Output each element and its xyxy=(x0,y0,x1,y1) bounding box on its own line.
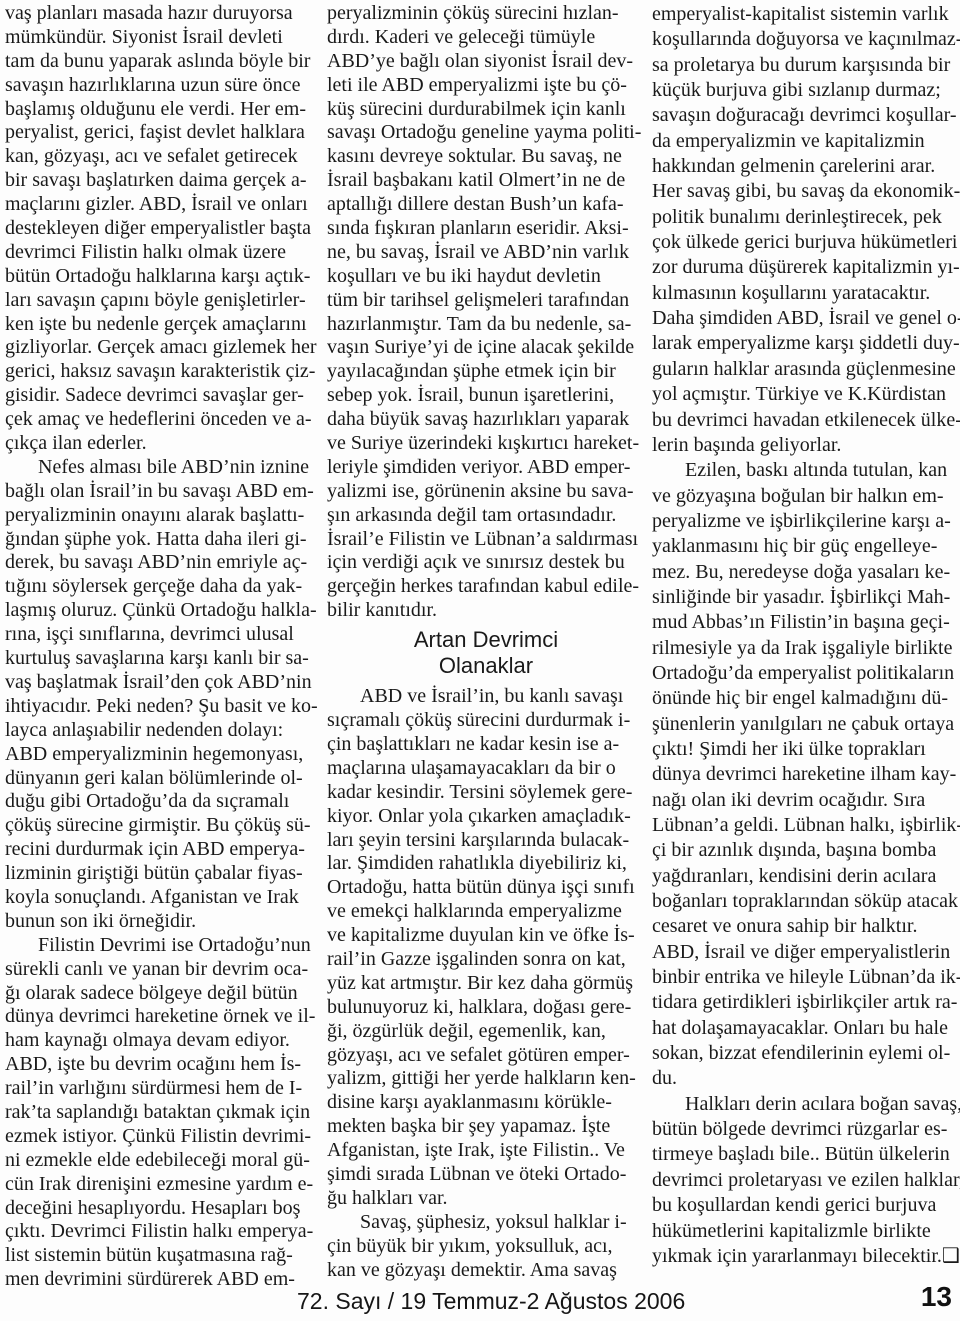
text-line: emperyalist-kapitalist sistemin varlık xyxy=(652,2,958,27)
text-line: devrimci proletaryası ve ezilen halklar, xyxy=(652,1168,958,1193)
text-line: Nefes alması bile ABD’nin iznine xyxy=(5,456,317,480)
text-line: ve Suriye üzerindeki kışkırtıcı hareket- xyxy=(327,432,645,456)
text-line: hat dolaşamayacaklar. Onları bu hale xyxy=(652,1016,958,1041)
text-line: sokan, bizzat efendilerinin eylemi ol- xyxy=(652,1041,958,1066)
text-line: mez. Bu, neredeyse doğa yasaları ke- xyxy=(652,560,958,585)
text-line: mümkündür. Siyonist İsrail devleti xyxy=(5,26,317,50)
text-line: ve kapitalizme duyulan kin ve öfke İs- xyxy=(327,924,645,948)
text-line: küçük burjuva gibi sızlanıp durmaz; xyxy=(652,78,958,103)
text-line: tüm bir tarihsel gelişmeleri tarafından xyxy=(327,289,645,313)
text-line: yaklanmasını hiç bir güç engelleye- xyxy=(652,534,958,559)
text-line: destekleyen diğer emperyalistler başta xyxy=(5,217,317,241)
text-line: bulunuyoruz ki, halklara, doğası gere- xyxy=(327,996,645,1020)
text-line: İsrail başbakanı katil Olmert’in ne de xyxy=(327,169,645,193)
text-line: vaşın Suriye’yi de içine alacak şekilde xyxy=(327,336,645,360)
text-line: rail’in varlığını sürdürmesi hem de I- xyxy=(5,1077,317,1101)
text-line: lerin başında geliyorlar. xyxy=(652,433,958,458)
text-line: zor duruma düşürerek kapitalizmin yı- xyxy=(652,255,958,280)
text-line: ği, özgürlük değil, egemenlik, kan, xyxy=(327,1020,645,1044)
text-line: kadar kesindir. Tersini söylemek gere- xyxy=(327,781,645,805)
text-line: şimdi sırada Lübnan ve öteki Ortado- xyxy=(327,1163,645,1187)
issue-date-line: 72. Sayı / 19 Temmuz-2 Ağustos 2006 xyxy=(297,1288,685,1314)
text-line: şın arkasında değil tam ortasındadır. xyxy=(327,504,645,528)
text-line: dünya devrimci hareketine ilham kay- xyxy=(652,762,958,787)
text-line: çi bir azınlık dışında, başına bomba xyxy=(652,838,958,863)
text-line: ğından şüphe yok. Hatta daha ileri gi- xyxy=(5,528,317,552)
text-line: çek amaç ve hedeflerini önceden ve a- xyxy=(5,408,317,432)
text-line: maçlarını gizler. ABD, İsrail ve onları xyxy=(5,193,317,217)
text-line: devrimci Filistin halkı olmak üzere xyxy=(5,241,317,265)
text-line: bağlı olan İsrail’in bu savaşı ABD em- xyxy=(5,480,317,504)
text-line: bir savaşı başlatırken daima gerçek a- xyxy=(5,169,317,193)
text-line: sürekli canlı ve yanan bir devrim oca- xyxy=(5,958,317,982)
text-line: duğu gibi Ortadoğu’da da sıçramalı xyxy=(5,790,317,814)
text-line: çıktı. Devrimci Filistin halkı emperya- xyxy=(5,1220,317,1244)
text-line: mekten başka bir şey yapamaz. İşte xyxy=(327,1115,645,1139)
text-line: çıkça ilan ederler. xyxy=(5,432,317,456)
text-line: recini durdurmak için ABD emperya- xyxy=(5,838,317,862)
text-line: leti ile ABD emperyalizmi işte bu çö- xyxy=(327,74,645,98)
text-line: ları savaşın çapını böyle genişletirler- xyxy=(5,289,317,313)
text-line: bilir kanıtıdır. xyxy=(327,599,645,623)
text-line: savaşın doğuracağı devrimci koşullar- xyxy=(652,103,958,128)
text-line: sıçramalı çöküş sürecini durdurmak i- xyxy=(327,709,645,733)
text-line: disine karşı ayaklanmasını körükle- xyxy=(327,1091,645,1115)
text-column-right: emperyalist-kapitalist sistemin varlıkko… xyxy=(652,2,958,1269)
text-line: Lübnan’a geldi. Lübnan halkı, işbirlik- xyxy=(652,813,958,838)
text-line: ne, bu savaş, İsrail ve ABD’nin varlık xyxy=(327,241,645,265)
text-line: kiyor. Onlar yola çıkarken amaçladık- xyxy=(327,805,645,829)
text-line: hakkından gelmenin çarelerini arar. xyxy=(652,154,958,179)
text-line: du. xyxy=(652,1066,958,1091)
text-line: Ezilen, baskı altında tutulan, kan xyxy=(652,458,958,483)
text-column-middle: peryalizminin çöküş sürecini hızlan-dırd… xyxy=(327,2,645,1282)
text-line: ABD emperyalizminin hegemonyası, xyxy=(5,743,317,767)
text-line: dünya devrimci hareketine örnek ve il- xyxy=(5,1005,317,1029)
text-line: yalizm, gittiği her yerde halkların ken- xyxy=(327,1067,645,1091)
text-line: çöküş sürecine girmiştir. Bu çöküş sü- xyxy=(5,814,317,838)
text-column-left: vaş planları masada hazır duruyorsamümkü… xyxy=(5,2,317,1292)
text-line: yüz kat artmıştır. Bir kez daha görmüş xyxy=(327,972,645,996)
article-heading-line: Artan Devrimci xyxy=(327,627,645,653)
text-line: kasını devreye soktular. Bu savaş, ne xyxy=(327,145,645,169)
newspaper-page: vaş planları masada hazır duruyorsamümkü… xyxy=(0,0,960,1321)
text-line: Ortadoğu, hatta bütün dünya işçi sınıfı xyxy=(327,876,645,900)
text-line: gizliyorlar. Gerçek amacı gizlemek her xyxy=(5,336,317,360)
text-line: rilmesiyle ya da Irak işgaliyle birlikte xyxy=(652,636,958,661)
text-line: guların halklar arasında güçlenmesine xyxy=(652,357,958,382)
text-line: kurtuluş savaşlarına karşı kanlı bir sa- xyxy=(5,647,317,671)
text-line: küş sürecini durdurabilmek için kanlı xyxy=(327,98,645,122)
text-line: bütün bölgede devrimci rüzgarlar es- xyxy=(652,1117,958,1142)
text-line: derek, bu savaşı ABD’nin emriyle aç- xyxy=(5,551,317,575)
text-line: gerçeğin herkes tarafından kabul edile- xyxy=(327,575,645,599)
text-line: savaşın hazırlıklarına uzun süre önce xyxy=(5,74,317,98)
text-line: larak emperyalizme karşı şiddetli duy- xyxy=(652,331,958,356)
text-line: rak’ta saplandığı bataktan çıkmak için xyxy=(5,1101,317,1125)
text-line: boğanları topraklarından söküp atacak xyxy=(652,889,958,914)
text-line: için verdiği açık ve sınırsız destek bu xyxy=(327,551,645,575)
text-line: çıktı! Şimdi her iki ülke toprakları xyxy=(652,737,958,762)
text-line: ve gözyaşına boğulan bir halkın em- xyxy=(652,484,958,509)
text-line: vaş planları masada hazır duruyorsa xyxy=(5,2,317,26)
text-line: kılmasının koşullarını yaratacaktır. xyxy=(652,281,958,306)
text-line: leriyle şimdiden veriyor. ABD emper- xyxy=(327,456,645,480)
text-line: ham kaynağı olmaya devam ediyor. xyxy=(5,1029,317,1053)
text-line: tidara getirdikleri işbirlikçiler artık … xyxy=(652,990,958,1015)
text-line: hazırlanmıştır. Tam da bu nedenle, sa- xyxy=(327,313,645,337)
text-line: deceğini hesaplıyordu. Hesapları boş xyxy=(5,1197,317,1221)
text-line: koşulları ve bu iki haydut devletin xyxy=(327,265,645,289)
text-line: cesaret ve onura sahip bir halktır. xyxy=(652,914,958,939)
text-line: layca anlaşıabilir nedenden dolayı: xyxy=(5,719,317,743)
text-line: maçlarına ulaşamayacakları da bir o xyxy=(327,757,645,781)
article-heading-line: Olanaklar xyxy=(327,653,645,679)
text-line: ları şeyin tersini karşılarında bulacak- xyxy=(327,829,645,853)
text-line: rail’in Gazze işgalinden sonra on kat, xyxy=(327,948,645,972)
text-line: koyla sonuçlandı. Afganistan ve Irak xyxy=(5,886,317,910)
text-line: rına, işçi sınıflarına, devrimci ulusal xyxy=(5,623,317,647)
text-line: sinliğinde bir yasadır. İşbirlikçi Mah- xyxy=(652,585,958,610)
text-line: şünenlerin yanılgıları ne çabuk ortaya xyxy=(652,712,958,737)
text-line: yayılacağından şüphe etmek için bir xyxy=(327,360,645,384)
text-line: dünyanın geri kalan bölümlerinde ol- xyxy=(5,767,317,791)
text-line: bütün Ortadoğu halklarına karşı açtık- xyxy=(5,265,317,289)
text-line: gerici, haksız savaşın karakteristik çiz… xyxy=(5,360,317,384)
text-line: ğu halkları var. xyxy=(327,1187,645,1211)
text-line: Her savaş gibi, bu savaş da ekonomik- xyxy=(652,179,958,204)
text-line: binbir entrika ve hileyle Lübnan’da ik- xyxy=(652,965,958,990)
text-line: çin büyük bir yıkım, yoksulluk, acı, xyxy=(327,1235,645,1259)
text-line: nağı olan iki devrim ocağıdır. Sıra xyxy=(652,788,958,813)
text-line: Daha şimdiden ABD, İsrail ve genel o- xyxy=(652,306,958,331)
text-line: ve emekçi halklarında emperyalizme xyxy=(327,900,645,924)
text-line: lar. Şimdiden rahatlıkla diyebiliriz ki, xyxy=(327,852,645,876)
text-line: çin başlattıkları ne kadar kesin ise a- xyxy=(327,733,645,757)
text-line: politik bunalımı derinleştirecek, pek xyxy=(652,205,958,230)
text-line: peryalizminin onayını alarak başlattı- xyxy=(5,504,317,528)
text-line: hükümetlerini kapitalizmle birlikte xyxy=(652,1219,958,1244)
text-line: İsrail’e Filistin ve Lübnan’a saldırması xyxy=(327,528,645,552)
text-line: tığını söylersek gerçeğe daha da yak- xyxy=(5,575,317,599)
text-line: bu koşullardan kendi gerici burjuva xyxy=(652,1193,958,1218)
text-line: ken işte bu nedenle gerçek amaçlarını xyxy=(5,313,317,337)
text-line: koşullarında doğuyorsa ve kaçınılmaz- xyxy=(652,27,958,52)
text-line: sebep yok. İsrail, bunun işaretlerini, xyxy=(327,384,645,408)
text-line: da emperyalizmin ve kapitalizmin xyxy=(652,129,958,154)
text-line: Afganistan, işte Irak, işte Filistin.. V… xyxy=(327,1139,645,1163)
text-line: ABD’ye bağlı olan siyonist İsrail dev- xyxy=(327,50,645,74)
text-line: sa proletarya bu durum karşısında bir xyxy=(652,53,958,78)
text-line: ezmek istiyor. Çünkü Filistin devrimi- xyxy=(5,1125,317,1149)
text-line: cün Irak direnişini ezmesine yardım e- xyxy=(5,1173,317,1197)
text-line: ABD, İsrail ve diğer emperyalistlerin xyxy=(652,940,958,965)
text-line: gisidir. Sadece devrimci savaşlar ger- xyxy=(5,384,317,408)
text-line: başlamış olduğunu ele verdi. Her em- xyxy=(5,98,317,122)
text-line: savaşı Ortadoğu geneline yayma politi- xyxy=(327,121,645,145)
text-line: aptallığı dillere destan Bush’un kafa- xyxy=(327,193,645,217)
text-line: gözyaşı, acı ve sefalet götüren emper- xyxy=(327,1044,645,1068)
text-line: tirmeye başladı bile.. Bütün ülkelerin xyxy=(652,1142,958,1167)
text-line: kan, gözyaşı, acı ve sefalet getirecek xyxy=(5,145,317,169)
text-line: ABD, işte bu devrim ocağını hem İs- xyxy=(5,1053,317,1077)
text-line: lizminin giriştiği bütün çabalar fiyas- xyxy=(5,862,317,886)
text-line: list sistemin bütün kuşatmasına rağ- xyxy=(5,1244,317,1268)
text-line: Savaş, şüphesiz, yoksul halklar i- xyxy=(327,1211,645,1235)
article-heading: Artan DevrimciOlanaklar xyxy=(327,627,645,679)
text-line: men devrimini sürdürerek ABD em- xyxy=(5,1268,317,1292)
text-line: bu devrimci havadan etkilenecek ülke- xyxy=(652,408,958,433)
text-line: ABD ve İsrail’in, bu kanlı savaşı xyxy=(327,685,645,709)
text-line: çok ülkede gerici burjuva hükümetleri xyxy=(652,230,958,255)
text-line: ihtiyacıdır. Peki neden? Şu basit ve ko- xyxy=(5,695,317,719)
text-line: daha büyük savaş hazırlıkları yaparak xyxy=(327,408,645,432)
text-line: vaş başlatmak İsrail’den çok ABD’nin xyxy=(5,671,317,695)
page-number: 13 xyxy=(921,1281,952,1313)
text-line: tam da bunu yaparak aslında böyle bir xyxy=(5,50,317,74)
text-line: yıkmak için yararlanmayı bilecektir.❑ xyxy=(652,1244,958,1269)
text-line: Filistin Devrimi ise Ortadoğu’nun xyxy=(5,934,317,958)
text-line: peryalist, gerici, faşist devlet halklar… xyxy=(5,121,317,145)
text-line: yağdıranları, kendisini derin acılara xyxy=(652,864,958,889)
text-line: ğı olarak sadece bölgeye değil bütün xyxy=(5,982,317,1006)
text-line: Halkları derin acılara boğan savaş, xyxy=(652,1092,958,1117)
text-line: peryalizminin çöküş sürecini hızlan- xyxy=(327,2,645,26)
text-line: Ortadoğu’da emperyalist politikaların xyxy=(652,661,958,686)
text-line: sında fışkıran planların eseridir. Aksi- xyxy=(327,217,645,241)
text-line: dırdı. Kaderi ve geleceği tümüyle xyxy=(327,26,645,50)
text-line: kan ve gözyaşı demektir. Ama savaş xyxy=(327,1259,645,1283)
text-line: mud Abbas’ın Filistin’in başına geçi- xyxy=(652,610,958,635)
text-line: laşmış oluruz. Çünkü Ortadoğu halkla- xyxy=(5,599,317,623)
text-line: ni ezmekle elde edebileceği moral gü- xyxy=(5,1149,317,1173)
text-line: bunun son iki örneğidir. xyxy=(5,910,317,934)
text-line: önünde hiç bir engel kalmadığını dü- xyxy=(652,686,958,711)
text-line: yol açmıştır. Türkiye ve K.Kürdistan xyxy=(652,382,958,407)
text-line: peryalizme ve işbirlikçilerine karşı a- xyxy=(652,509,958,534)
text-line: yalizmi ise, görünenin aksine bu sava- xyxy=(327,480,645,504)
